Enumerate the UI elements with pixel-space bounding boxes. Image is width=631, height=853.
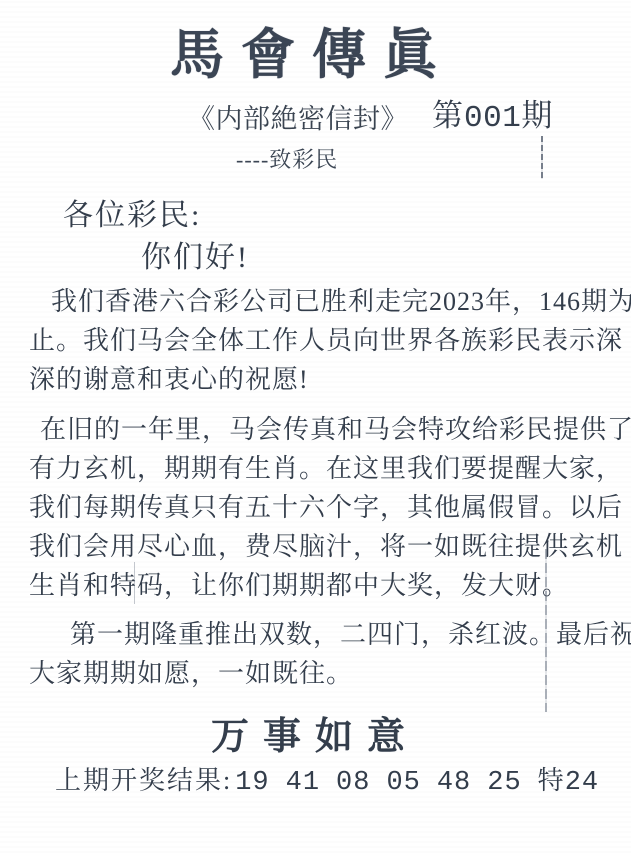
draw-number: 25 (487, 768, 521, 798)
draw-number: 08 (336, 768, 370, 798)
paragraph-3: 第一期隆重推出双数，二四门，杀红波。最后祝 大家期期如愿，一如既往。 (29, 615, 629, 693)
draw-number: 48 (437, 768, 471, 798)
paragraph-1: 我们香港六合彩公司已胜利走完2023年，146期为 止。我们马会全体工作人员向世… (29, 282, 629, 399)
last-draw-results: 上期开奖结果:194108054825特24 (55, 760, 599, 798)
salutation: 各位彩民: (63, 190, 201, 234)
text-line: 我们会用尽心血，费尽脑汁，将一如既往提供玄机 (29, 527, 629, 566)
special-label: 特 (538, 766, 564, 795)
document-title: 馬會傳眞 (170, 12, 454, 89)
text-line: 生肖和特码，让你们期期都中大奖，发大财。 (29, 566, 629, 605)
draw-number: 05 (386, 768, 420, 798)
closing-blessing: 万事如意 (0, 705, 616, 760)
envelope-label: 《内部絶密信封》 (188, 97, 408, 136)
text-line: 在旧的一年里，马会传真和马会特攻给彩民提供了 (29, 410, 629, 449)
dedication-line: ----致彩民 (236, 143, 338, 174)
text-line: 第一期隆重推出双数，二四门，杀红波。最后祝 (29, 615, 629, 654)
text-line: 止。我们马会全体工作人员向世界各族彩民表示深 (29, 321, 629, 360)
draw-number: 19 (235, 768, 269, 798)
issue-prefix: 第 (432, 98, 464, 133)
special-number: 24 (565, 768, 599, 798)
issue-suffix: 期 (521, 98, 553, 133)
issue-digits: 001 (464, 101, 521, 136)
draw-number: 41 (286, 768, 320, 798)
fax-document-page: 馬會傳眞 《内部絶密信封》 第001期 ----致彩民 各位彩民: 你们好! 我… (0, 0, 631, 853)
paragraph-2: 在旧的一年里，马会传真和马会特攻给彩民提供了 有力玄机，期期有生肖。在这里我们要… (29, 410, 629, 605)
issue-number: 第001期 (432, 90, 553, 136)
text-line: 深的谢意和衷心的祝愿! (29, 360, 629, 399)
text-line: 我们每期传真只有五十六个字，其他属假冒。以后 (29, 488, 629, 527)
subtitle-row: 《内部絶密信封》 第001期 (188, 90, 553, 136)
text-line: 有力玄机，期期有生肖。在这里我们要提醒大家， (29, 449, 629, 488)
special-number-group: 特24 (538, 766, 599, 795)
text-line: 大家期期如愿，一如既往。 (29, 654, 629, 693)
results-label: 上期开奖结果: (55, 766, 232, 795)
greeting: 你们好! (141, 232, 249, 276)
text-line: 我们香港六合彩公司已胜利走完2023年，146期为 (29, 282, 629, 321)
scan-artifact-line (541, 136, 543, 179)
